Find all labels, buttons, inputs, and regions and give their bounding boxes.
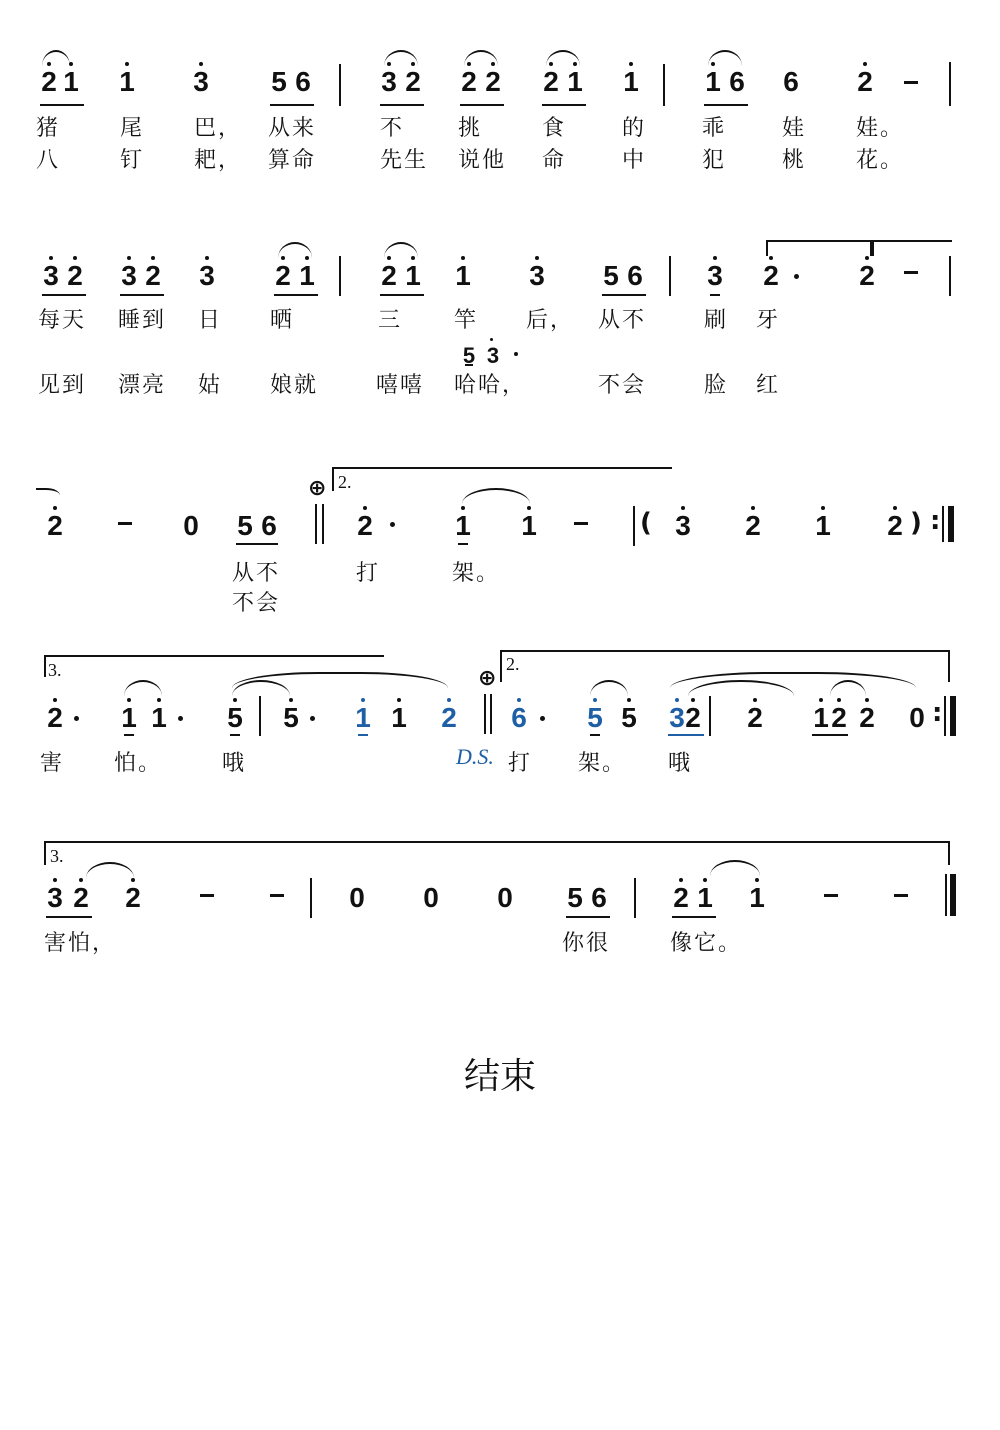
lyric: 哦 (668, 752, 692, 776)
lyric: 尾 (120, 117, 144, 141)
barline (310, 878, 312, 918)
tie (766, 240, 874, 256)
lyric: 花。 (856, 149, 904, 173)
barline (259, 696, 261, 736)
coda-icon: ⊕ (308, 476, 326, 501)
lyric: 害怕， (44, 932, 116, 956)
dash (904, 81, 918, 84)
lyric: 脸 (704, 374, 728, 398)
repeat-barline (944, 696, 946, 736)
lyric: 不会 (232, 592, 280, 616)
lyric: 算命 (268, 149, 316, 173)
coda-icon: ⊕ (478, 666, 496, 691)
note: 6 (292, 68, 314, 96)
note: 2 (44, 704, 66, 732)
note: 1 (402, 262, 424, 290)
note: 6 (726, 68, 748, 96)
lyric: 红 (756, 374, 780, 398)
end-label: 结束 (0, 1048, 1000, 1099)
note: 5 (618, 704, 640, 732)
lyric: 先生 (380, 149, 428, 173)
lyric: 后， (526, 309, 574, 333)
volta-label: 3. (50, 846, 64, 867)
volta-label: 2. (506, 654, 520, 675)
note: 1 (60, 68, 82, 96)
dash (270, 894, 284, 897)
note: 1 (694, 884, 716, 912)
underline (465, 364, 473, 366)
note: 2 (540, 68, 562, 96)
underline (458, 543, 468, 545)
underline (672, 916, 716, 918)
lyric: 见到 (38, 374, 86, 398)
note: 3 (44, 884, 66, 912)
note: 1 (296, 262, 318, 290)
lyric: 从来 (268, 117, 316, 141)
note: 0 (180, 512, 202, 540)
lyric: 耙， (194, 149, 242, 173)
underline (590, 734, 600, 736)
underline (380, 294, 424, 296)
note: 2 (378, 262, 400, 290)
double-barline (484, 694, 486, 734)
dash (904, 271, 918, 274)
note: 0 (346, 884, 368, 912)
note: 1 (148, 704, 170, 732)
repeat-barline (948, 506, 954, 542)
note: 2 (38, 68, 60, 96)
note: 5 (584, 704, 606, 732)
note: 1 (452, 512, 474, 540)
note: 0 (420, 884, 442, 912)
lyric: 钉 (120, 149, 144, 173)
underline (358, 734, 368, 736)
slur (124, 680, 162, 696)
lyric: 架。 (452, 562, 500, 586)
lyric: 的 (622, 117, 646, 141)
lyric: 漂亮 (118, 374, 166, 398)
aug-dot (178, 716, 183, 721)
note: 2 (354, 512, 376, 540)
underline (46, 916, 92, 918)
note: 3 (40, 262, 62, 290)
note: 6 (624, 262, 646, 290)
note: 3 (526, 262, 548, 290)
volta-label: 2. (338, 472, 352, 493)
lyric: 猪 (36, 117, 60, 141)
note: 1 (564, 68, 586, 96)
tie (870, 240, 952, 256)
note: 2 (44, 512, 66, 540)
note: 3 (704, 262, 726, 290)
volta-label: 3. (48, 660, 62, 681)
lyric: 打 (356, 562, 380, 586)
lyric: 哦 (222, 752, 246, 776)
underline (42, 294, 86, 296)
note: 3 (196, 262, 218, 290)
underline (230, 734, 240, 736)
underline (380, 104, 424, 106)
lyric: 每天 (38, 309, 86, 333)
barline (949, 62, 951, 106)
note: 1 (388, 704, 410, 732)
lyric: 像它。 (670, 932, 742, 956)
note: 2 (402, 68, 424, 96)
double-barline (490, 694, 492, 734)
note: 3 (378, 68, 400, 96)
note: 5 (268, 68, 290, 96)
slur (590, 680, 628, 696)
lyric: 八 (36, 149, 60, 173)
note: 1 (746, 884, 768, 912)
aug-dot (74, 716, 79, 721)
barline (709, 696, 711, 736)
note: 2 (70, 884, 92, 912)
note: 1 (116, 68, 138, 96)
lyric: 三 (378, 309, 402, 333)
note: 2 (854, 68, 876, 96)
note: 2 (64, 262, 86, 290)
lyric: 命 (542, 149, 566, 173)
double-barline (315, 504, 317, 544)
note: 3 (190, 68, 212, 96)
lyric: 食 (542, 117, 566, 141)
final-barline (950, 874, 956, 916)
underline (120, 294, 164, 296)
note: 2 (744, 704, 766, 732)
lyric: 桃 (782, 149, 806, 173)
dash (824, 894, 838, 897)
lyric: 说他 (458, 149, 506, 173)
underline (602, 294, 646, 296)
note: 3 (118, 262, 140, 290)
lyric: 娃 (782, 117, 806, 141)
underline (812, 734, 848, 736)
note: 2 (670, 884, 692, 912)
repeat-dots: : (930, 506, 940, 536)
underline (542, 104, 586, 106)
note: 2 (438, 704, 460, 732)
lyric: 竿 (454, 309, 478, 333)
lyric: 打 (508, 752, 532, 776)
note: 2 (272, 262, 294, 290)
note: 2 (458, 68, 480, 96)
dash (118, 522, 132, 525)
variant-note: 3 (482, 342, 504, 370)
barline (633, 506, 635, 546)
note: 1 (352, 704, 374, 732)
lyric: 巴， (194, 117, 242, 141)
lyric: 睡到 (118, 309, 166, 333)
repeat-barline (950, 696, 956, 736)
paren: ( (640, 508, 652, 538)
lyric: 架。 (578, 752, 626, 776)
tie-continuation (36, 488, 60, 500)
note: 1 (452, 262, 474, 290)
lyric: 嘻嘻 (376, 374, 424, 398)
underline (710, 294, 720, 296)
note: 2 (682, 704, 704, 732)
volta-3 (44, 841, 950, 865)
note: 0 (494, 884, 516, 912)
final-barline (945, 874, 947, 916)
lyric: 日 (198, 309, 222, 333)
lyric: 姑 (198, 374, 222, 398)
note: 1 (518, 512, 540, 540)
underline (566, 916, 610, 918)
note: 2 (742, 512, 764, 540)
barline (339, 256, 341, 296)
lyric: 牙 (756, 309, 780, 333)
aug-dot (310, 716, 315, 721)
note: 0 (906, 704, 928, 732)
note: 6 (780, 68, 802, 96)
note: 5 (234, 512, 256, 540)
underline (124, 734, 134, 736)
aug-dot (390, 522, 395, 527)
note: 2 (828, 704, 850, 732)
lyric: 犯 (702, 149, 726, 173)
lyric: 刷 (704, 309, 728, 333)
lyric: 从不 (232, 562, 280, 586)
note: 5 (280, 704, 302, 732)
lyric: 乖 (702, 117, 726, 141)
repeat-barline (942, 506, 944, 542)
note: 1 (812, 512, 834, 540)
lyric: 中 (622, 149, 646, 173)
underline (270, 104, 314, 106)
underline (460, 104, 504, 106)
dash (894, 894, 908, 897)
lyric: 不 (380, 117, 404, 141)
lyric: 哈哈， (454, 374, 526, 398)
ds-marking: D.S. (456, 744, 494, 770)
barline (663, 64, 665, 106)
note: 1 (702, 68, 724, 96)
note: 5 (224, 704, 246, 732)
barline (949, 256, 951, 296)
lyric: 娘就 (270, 374, 318, 398)
aug-dot (794, 274, 799, 279)
barline (669, 256, 671, 296)
lyric: 你很 (562, 932, 610, 956)
aug-dot (514, 352, 518, 356)
lyric: 怕。 (114, 752, 162, 776)
note: 3 (672, 512, 694, 540)
note: 2 (760, 262, 782, 290)
note: 5 (564, 884, 586, 912)
repeat-dots: : (932, 698, 942, 728)
note: 6 (258, 512, 280, 540)
underline (274, 294, 318, 296)
lyric: 不会 (598, 374, 646, 398)
underline (704, 104, 748, 106)
double-barline (322, 504, 324, 544)
dash (200, 894, 214, 897)
barline (634, 878, 636, 918)
note: 2 (856, 704, 878, 732)
lyric: 挑 (458, 117, 482, 141)
underline (236, 543, 278, 545)
note: 1 (620, 68, 642, 96)
note: 5 (600, 262, 622, 290)
aug-dot (540, 716, 545, 721)
lyric: 晒 (270, 309, 294, 333)
note: 2 (856, 262, 878, 290)
dash (574, 522, 588, 525)
paren: ) (910, 508, 922, 538)
lyric: 从不 (598, 309, 646, 333)
underline (40, 104, 84, 106)
lyric: 害 (40, 752, 64, 776)
note: 2 (142, 262, 164, 290)
note: 6 (588, 884, 610, 912)
note: 1 (118, 704, 140, 732)
note: 2 (482, 68, 504, 96)
note: 2 (122, 884, 144, 912)
underline (668, 734, 704, 736)
barline (339, 64, 341, 106)
note: 2 (884, 512, 906, 540)
lyric: 娃。 (856, 117, 904, 141)
note: 6 (508, 704, 530, 732)
